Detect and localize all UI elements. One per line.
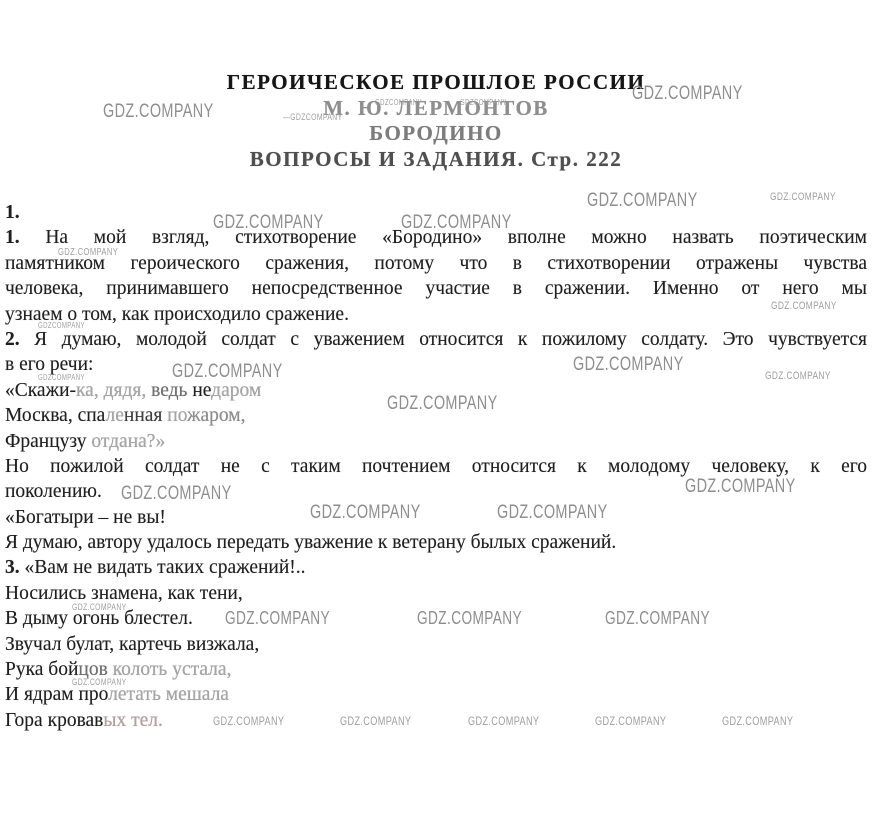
text-segment: 1. [5,202,20,223]
document-body: 1.1. На мой взгляд, стихотворение «Бород… [5,200,867,733]
text-segment: узнаем о том, как происходило сражение. [5,304,349,325]
text-line: 2. Я думаю, молодой солдат с уважением о… [5,327,867,352]
text-line: Я думаю, автору удалось передать уважени… [5,530,867,555]
text-segment: Москва, спа [5,405,106,426]
text-line: В дыму огонь блестел. [5,606,867,631]
title-line: М. Ю. ЛЕРМОНТОВ [0,96,872,122]
text-segment: 1. [5,227,20,248]
text-segment: Французу [5,431,91,452]
text-segment: «Скажи- [5,380,76,401]
text-segment: И ядрам про [5,684,108,705]
document-header: ГЕРОИЧЕСКОЕ ПРОШЛОЕ РОССИИМ. Ю. ЛЕРМОНТО… [0,70,872,172]
text-line: Москва, спаленная пожаром, [5,403,867,428]
text-line: Но пожилой солдат не с таким почтением о… [5,454,867,479]
text-segment: ле [106,405,124,426]
text-segment: На мой взгляд, стихотворение «Бородино» … [20,227,867,248]
text-line: памятником героического сражения, потому… [5,251,867,276]
text-segment: отдана?» [91,431,165,452]
text-segment: в его речи: [5,354,93,375]
text-segment: «Вам не видать таких сражений!.. [20,557,306,578]
text-line: «Богатыри – не вы! [5,505,867,530]
text-line: Рука бойцов колоть устала, [5,657,867,682]
title-line: ВОПРОСЫ И ЗАДАНИЯ. Стр. 222 [0,147,872,173]
text-line: человека, принимавшего непосредственное … [5,276,867,301]
text-line: в его речи: [5,352,867,377]
text-segment: Гора кровав [5,710,103,731]
text-segment: Звучал булат, картечь визжала, [5,634,259,655]
text-segment: по [167,405,187,426]
title-line: ГЕРОИЧЕСКОЕ ПРОШЛОЕ РОССИИ [0,70,872,96]
text-line: «Скажи-ка, дядя, ведь недаром [5,378,867,403]
text-segment: ка, дядя, [76,380,151,401]
text-segment: Рука бой [5,659,78,680]
text-line: И ядрам пролетать мешала [5,682,867,707]
text-line: Носились знамена, как тени, [5,581,867,606]
text-segment: ых тел. [103,710,163,731]
text-segment: летать мешала [108,684,229,705]
text-segment: даром [211,380,261,401]
text-segment: поколению. [5,481,102,502]
text-segment: «Богатыри – не вы! [5,507,166,528]
text-line: Гора кровавых тел. [5,708,867,733]
text-segment: Но пожилой солдат не с таким почтением о… [5,456,867,477]
text-segment: Я думаю, автору удалось передать уважени… [5,532,616,553]
text-segment: 2. [5,329,20,350]
text-segment: цов [78,659,112,680]
title-line: БОРОДИНО [0,121,872,147]
text-segment: нная [124,405,167,426]
text-segment: В дыму огонь блестел. [5,608,193,629]
text-segment: колоть устала, [113,659,232,680]
text-segment: 3. [5,557,20,578]
text-line: 1. [5,200,867,225]
text-line: Французу отдана?» [5,429,867,454]
text-segment: человека, принимавшего непосредственное … [5,278,867,299]
text-line: 3. «Вам не видать таких сражений!.. [5,555,867,580]
text-segment: памятником героического сражения, потому… [5,253,867,274]
text-line: Звучал булат, картечь визжала, [5,632,867,657]
text-line: 1. На мой взгляд, стихотворение «Бородин… [5,225,867,250]
text-segment: Я думаю, молодой солдат с уважением отно… [20,329,867,350]
document-page: ГЕРОИЧЕСКОЕ ПРОШЛОЕ РОССИИМ. Ю. ЛЕРМОНТО… [0,0,872,827]
text-segment: ведь [151,380,192,401]
text-segment: Носились знамена, как тени, [5,583,243,604]
text-segment: не [192,380,211,401]
text-line: узнаем о том, как происходило сражение. [5,302,867,327]
text-line: поколению. [5,479,867,504]
text-segment: жаром, [187,405,245,426]
